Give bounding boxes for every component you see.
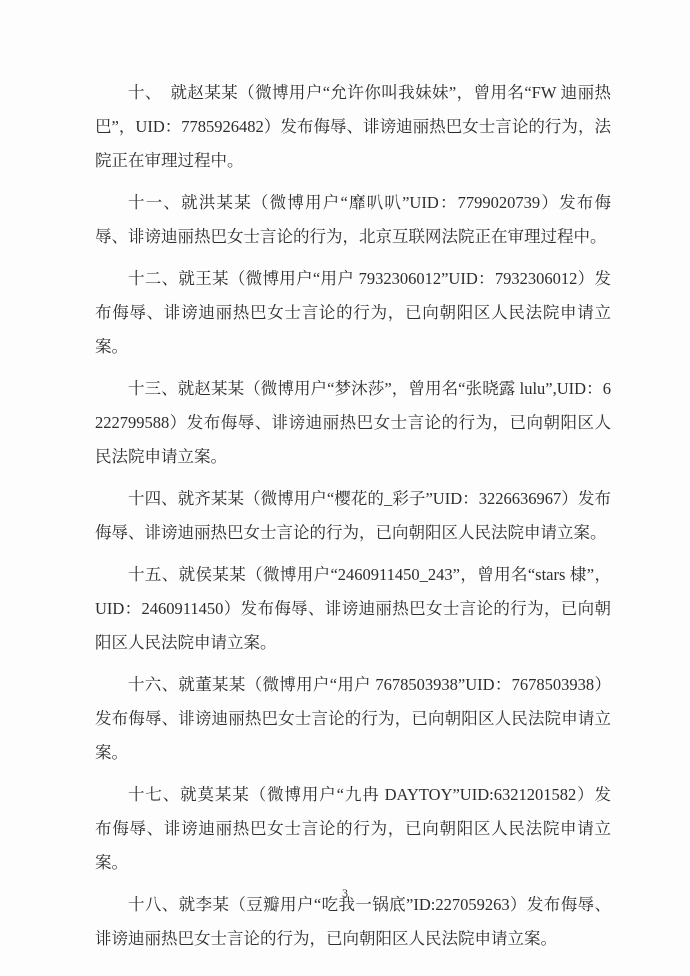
page-number: 3 (0, 886, 690, 901)
paragraph-item-12: 十二、就王某（微博用户“用户 7932306012”UID：7932306012… (95, 262, 611, 364)
paragraph-item-14: 十四、就齐某某（微博用户“樱花的_彩子”UID：3226636967）发布侮辱、… (95, 482, 611, 550)
paragraph-item-11: 十一、就洪某某（微博用户“靡叭叭”UID：7799020739）发布侮辱、诽谤迪… (95, 186, 611, 254)
paragraph-item-15: 十五、就侯某某（微博用户“2460911450_243”，曾用名“stars 棣… (95, 558, 611, 660)
document-body: 十、 就赵某某（微博用户“允许你叫我妹妹”，曾用名“FW 迪丽热巴”，UID：7… (95, 76, 611, 964)
paragraph-item-13: 十三、就赵某某（微博用户“梦沐莎”，曾用名“张晓露 lulu”,UID：6222… (95, 372, 611, 474)
paragraph-item-17: 十七、就莫某某（微博用户“九冉 DAYTOY”UID:6321201582）发布… (95, 778, 611, 880)
paragraph-item-10: 十、 就赵某某（微博用户“允许你叫我妹妹”，曾用名“FW 迪丽热巴”，UID：7… (95, 76, 611, 178)
paragraph-item-16: 十六、就董某某（微博用户“用户 7678503938”UID：767850393… (95, 668, 611, 770)
document-page: 十、 就赵某某（微博用户“允许你叫我妹妹”，曾用名“FW 迪丽热巴”，UID：7… (0, 0, 690, 976)
